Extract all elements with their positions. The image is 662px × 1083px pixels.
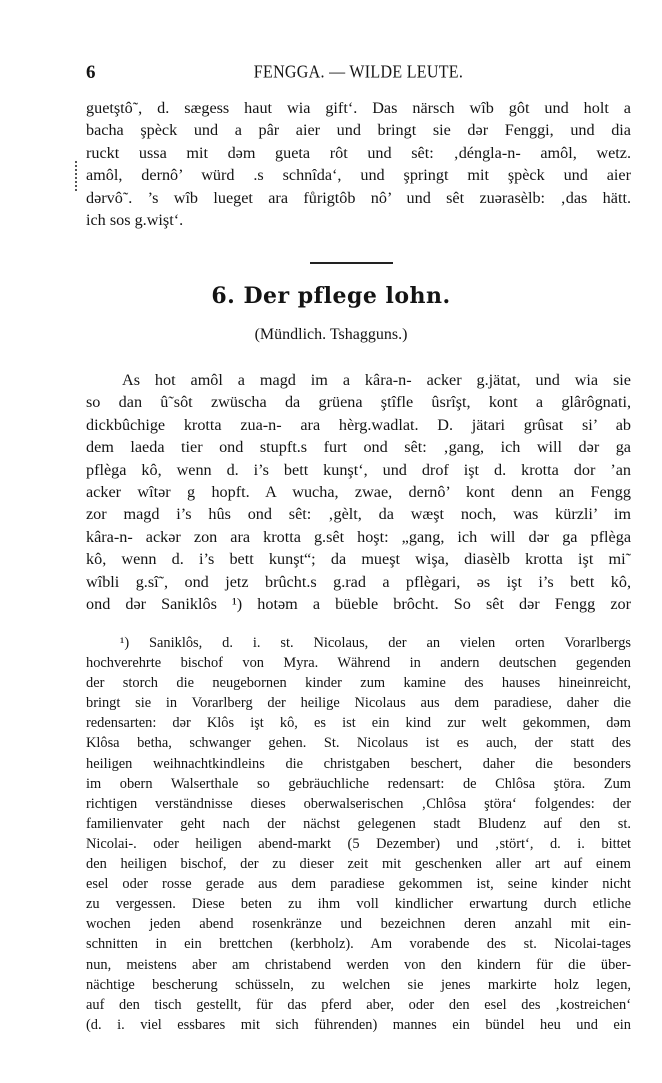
text-line: amôl, dernô’ würd .s schnîda‘, und şprin… bbox=[86, 164, 631, 186]
page-header: 6 FENGGA. — WILDE LEUTE. bbox=[86, 62, 631, 84]
footnote-line: der storch die neugebornen kinder zum ka… bbox=[86, 673, 631, 693]
intro-paragraph: guetştô˜, d. sægess haut wia gift‘. Das … bbox=[86, 97, 631, 231]
footnote-line: heiligen weihnachtkindleins die christga… bbox=[86, 754, 631, 774]
running-head: FENGGA. — WILDE LEUTE. bbox=[86, 63, 631, 83]
footnote-line: schnitten in ein brettchen (kerbholz). A… bbox=[86, 934, 631, 954]
footnote-line: familienvater geht nach der nächst geleg… bbox=[86, 814, 631, 834]
footnote-line: (d. i. viel essbares mit sich führenden)… bbox=[86, 1015, 631, 1035]
footnote-line: Nicolai-. oder heiligen abend-markt (5 D… bbox=[86, 834, 631, 854]
footnote-line: wochen jeden abend rosenkränze und bezei… bbox=[86, 914, 631, 934]
footnote-line: nächtige bescherung schüsseln, zu welche… bbox=[86, 975, 631, 995]
footnote-line: ¹) Saniklôs, d. i. st. Nicolaus, der an … bbox=[86, 633, 631, 653]
text-line: dərvô˜. ’s wîb lueget ara fůrigtôb nô’ u… bbox=[86, 187, 631, 209]
text-line: ruckt ussa mit dəm gueta rôt und sêt: ‚d… bbox=[86, 142, 631, 164]
section-title: 6. Der pflege lohn. bbox=[0, 283, 662, 309]
text-line: guetştô˜, d. sægess haut wia gift‘. Das … bbox=[86, 97, 631, 119]
text-line: As hot amôl a magd im a kâra-n- acker g.… bbox=[86, 369, 631, 391]
footnote-line: Klôsa betha, schwanger gehen. St. Nicola… bbox=[86, 733, 631, 753]
footnote-line: hochverehrte bischof von Myra. Während i… bbox=[86, 653, 631, 673]
footnote-line: redensarten: dər Klôs işt kô, es ist ein… bbox=[86, 713, 631, 733]
footnote: ¹) Saniklôs, d. i. st. Nicolaus, der an … bbox=[86, 633, 631, 1035]
section-separator bbox=[310, 262, 393, 264]
book-page: 6 FENGGA. — WILDE LEUTE. guetştô˜, d. sæ… bbox=[0, 0, 662, 1083]
text-line: dem laeda tier ond stupft.s furt ond sêt… bbox=[86, 436, 631, 458]
text-line: pflèga kô, wenn d. i’s bett kunşt‘, und … bbox=[86, 459, 631, 481]
footnote-line: auf den tisch gestellt, für das pferd ab… bbox=[86, 995, 631, 1015]
footnote-line: zu vergessen. Diese beten zu ihm voll ki… bbox=[86, 894, 631, 914]
text-line: acker wîtər g hopft. A wucha, zwae, dern… bbox=[86, 481, 631, 503]
text-line: kô, wenn d. i’s bett kunşt“; da mueşt wi… bbox=[86, 548, 631, 570]
text-line: bacha şpèck und a pâr aier und bringt si… bbox=[86, 119, 631, 141]
footnote-line: im obern Walserthale so gebräuchliche re… bbox=[86, 774, 631, 794]
text-line: ond dər Saniklôs ¹) hotəm a büeble brôch… bbox=[86, 593, 631, 615]
text-line: ich sos g.wişt‘. bbox=[86, 209, 631, 231]
text-line: kâra-n- ackər zon ara krotta g.sêt hoşt:… bbox=[86, 526, 631, 548]
footnote-line: bringt sie in Vorarlberg der heilige Nic… bbox=[86, 693, 631, 713]
section-subtitle: (Mündlich. Tshagguns.) bbox=[0, 326, 662, 344]
margin-mark bbox=[75, 161, 79, 191]
text-line: zor magd i’s hûs ond sêt: ‚gèlt, da wæşt… bbox=[86, 503, 631, 525]
footnote-line: esel oder rosse gerade aus dem paradiese… bbox=[86, 874, 631, 894]
story-paragraph: As hot amôl a magd im a kâra-n- acker g.… bbox=[86, 369, 631, 615]
footnote-line: den heiligen bischof, der zu dieser zeit… bbox=[86, 854, 631, 874]
text-line: so dan û˜sôt zwüscha da grüena ştîfle ûs… bbox=[86, 391, 631, 413]
footnote-line: nun, meistens aber am christabend werden… bbox=[86, 955, 631, 975]
footnote-line: richtigen verständnisse dieses oberwalse… bbox=[86, 794, 631, 814]
text-line: dickbûchige krotta zua-n- ara hèrg.wadla… bbox=[86, 414, 631, 436]
text-line: wîbli g.sî˜, ond jetz brûcht.s g.rad a p… bbox=[86, 571, 631, 593]
